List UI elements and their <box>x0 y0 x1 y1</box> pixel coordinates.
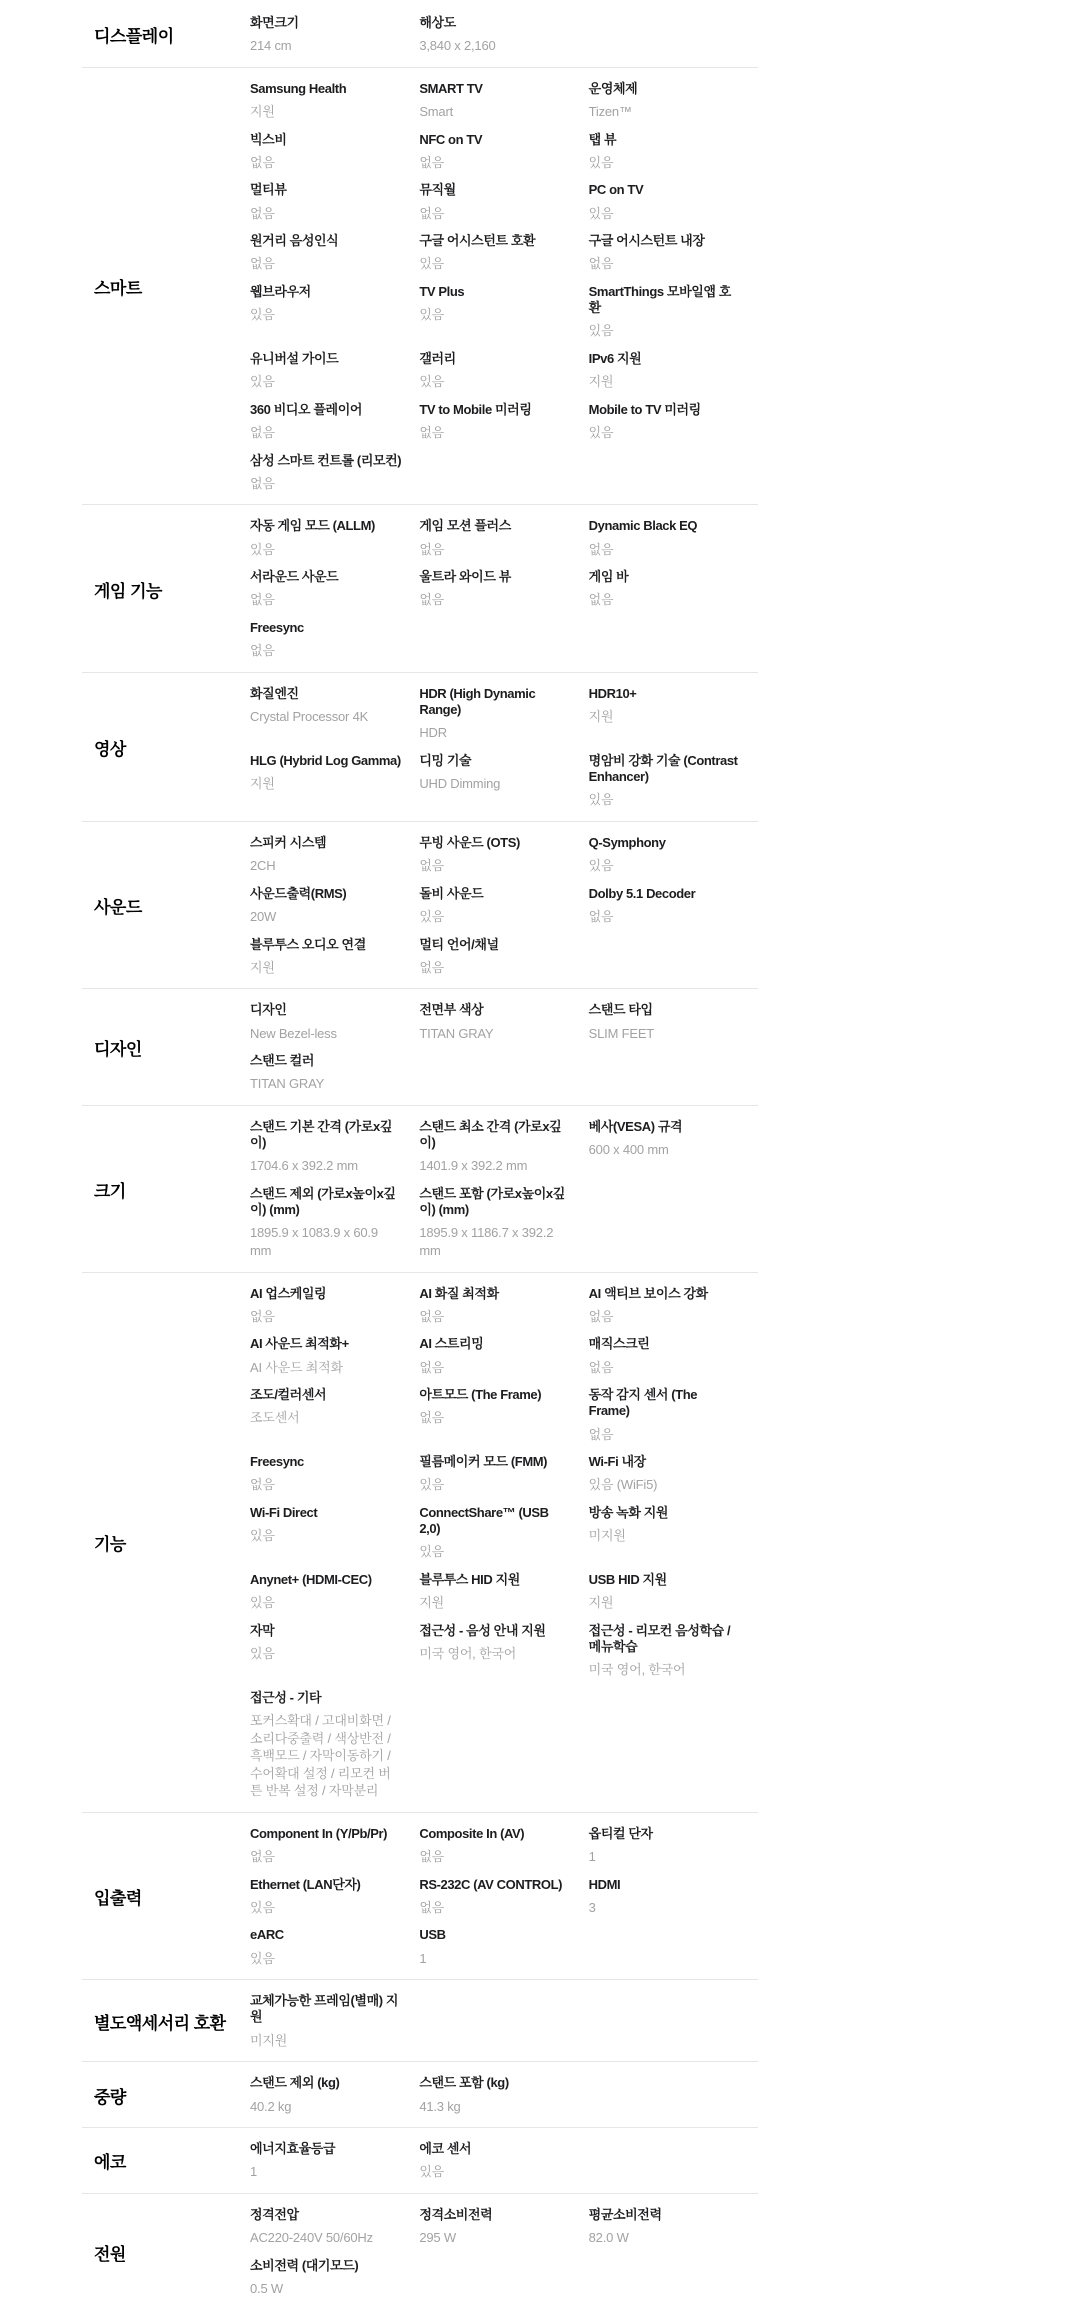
spec-item-name: 화면크기 <box>250 15 401 31</box>
spec-item-value: 있음 <box>419 373 570 391</box>
spec-item-name: 멀티 언어/채널 <box>419 937 570 953</box>
spec-item: 접근성 - 리모컨 음성학습 / 메뉴학습 미국 영어, 한국어 <box>589 1623 758 1679</box>
spec-item: 스탠드 제외 (가로x높이x깊이) (mm) 1895.9 x 1083.9 x… <box>250 1186 419 1260</box>
spec-item-name: NFC on TV <box>419 132 570 148</box>
spec-item-name: HDR (High Dynamic Range) <box>419 686 570 719</box>
spec-item: Freesync 없음 <box>250 620 419 660</box>
spec-item-name: 화질엔진 <box>250 686 401 702</box>
spec-item-name: 동작 감지 센서 (The Frame) <box>589 1387 740 1420</box>
spec-item-value: 있음 <box>419 908 570 926</box>
spec-item-name: 명암비 강화 기술 (Contrast Enhancer) <box>589 753 740 786</box>
spec-item: TV Plus 있음 <box>419 284 588 340</box>
spec-item-name: ConnectShare™ (USB 2,0) <box>419 1505 570 1538</box>
section-items: 화면크기 214 cm 해상도 3,840 x 2,160 <box>250 15 758 55</box>
spec-item-name: AI 화질 최적화 <box>419 1286 570 1302</box>
spec-item-value: Smart <box>419 103 570 121</box>
spec-item: AI 업스케일링 없음 <box>250 1286 419 1326</box>
spec-item: 평균소비전력 82.0 W <box>589 2207 758 2247</box>
spec-item-value: 없음 <box>589 541 740 559</box>
spec-item: 전면부 색상 TITAN GRAY <box>419 1002 588 1042</box>
spec-item-name: HDR10+ <box>589 686 740 702</box>
spec-item-name: Freesync <box>250 1454 401 1470</box>
spec-item-value: 미국 영어, 한국어 <box>419 1645 570 1663</box>
spec-item-value: 1895.9 x 1083.9 x 60.9 mm <box>250 1224 401 1259</box>
section-title: 디스플레이 <box>82 15 250 55</box>
spec-item-value: 없음 <box>419 205 570 223</box>
spec-table: 디스플레이 화면크기 214 cm 해상도 3,840 x 2,160 스마트 … <box>82 0 758 2309</box>
spec-item: 스피커 시스템 2CH <box>250 835 419 875</box>
spec-item-name: 전면부 색상 <box>419 1002 570 1018</box>
spec-item: 유니버설 가이드 있음 <box>250 351 419 391</box>
spec-item: 옵티컬 단자 1 <box>589 1826 758 1866</box>
section-title: 기능 <box>82 1286 250 1800</box>
spec-item: 360 비디오 플레이어 없음 <box>250 402 419 442</box>
spec-item-value: TITAN GRAY <box>419 1025 570 1043</box>
spec-item: HDMI 3 <box>589 1877 758 1917</box>
spec-item: 게임 모션 플러스 없음 <box>419 518 588 558</box>
spec-item-name: 매직스크린 <box>589 1336 740 1352</box>
spec-item-value: 1401.9 x 392.2 mm <box>419 1157 570 1175</box>
spec-item-name: 뮤직월 <box>419 182 570 198</box>
spec-item-name: eARC <box>250 1927 401 1943</box>
section-title: 입출력 <box>82 1826 250 1967</box>
spec-item-value: 있음 <box>250 373 401 391</box>
spec-item: 자막 있음 <box>250 1623 419 1679</box>
spec-item-name: Ethernet (LAN단자) <box>250 1877 401 1893</box>
spec-item-value: 있음 <box>250 1899 401 1917</box>
spec-item-value: 없음 <box>589 1359 740 1377</box>
spec-item-name: 옵티컬 단자 <box>589 1826 740 1842</box>
spec-item-value: 조도센서 <box>250 1409 401 1427</box>
spec-item: 조도/컬러센서 조도센서 <box>250 1387 419 1443</box>
spec-item-value: 없음 <box>419 1359 570 1377</box>
spec-section: 중량 스탠드 제외 (kg) 40.2 kg 스탠드 포함 (kg) 41.3 … <box>82 2061 758 2127</box>
spec-item-value: 없음 <box>419 591 570 609</box>
spec-item: 정격소비전력 295 W <box>419 2207 588 2247</box>
section-items: 스탠드 제외 (kg) 40.2 kg 스탠드 포함 (kg) 41.3 kg <box>250 2075 758 2115</box>
spec-item: 무빙 사운드 (OTS) 없음 <box>419 835 588 875</box>
spec-item-name: 스탠드 타입 <box>589 1002 740 1018</box>
section-title: 사운드 <box>82 835 250 976</box>
spec-item-name: 디자인 <box>250 1002 401 1018</box>
spec-item-name: 스피커 시스템 <box>250 835 401 851</box>
spec-item: 정격전압 AC220-240V 50/60Hz <box>250 2207 419 2247</box>
spec-item-name: 게임 바 <box>589 569 740 585</box>
spec-item: Q-Symphony 있음 <box>589 835 758 875</box>
spec-item-value: 없음 <box>589 255 740 273</box>
spec-item-value: AC220-240V 50/60Hz <box>250 2229 401 2247</box>
spec-item-value: 40.2 kg <box>250 2098 401 2116</box>
spec-item: 게임 바 없음 <box>589 569 758 609</box>
section-items: Samsung Health 지원 SMART TV Smart 운영체제 Ti… <box>250 81 758 493</box>
spec-item-value: 있음 <box>419 2163 570 2181</box>
section-title: 영상 <box>82 686 250 809</box>
spec-item-value: 3 <box>589 1899 740 1917</box>
spec-item-value: 3,840 x 2,160 <box>419 37 570 55</box>
spec-item: 동작 감지 센서 (The Frame) 없음 <box>589 1387 758 1443</box>
spec-item: AI 화질 최적화 없음 <box>419 1286 588 1326</box>
spec-item-name: 베사(VESA) 규격 <box>589 1119 740 1135</box>
spec-item-value: 41.3 kg <box>419 2098 570 2116</box>
spec-item-name: 해상도 <box>419 15 570 31</box>
spec-item-name: 에코 센서 <box>419 2141 570 2157</box>
spec-item-name: 게임 모션 플러스 <box>419 518 570 534</box>
spec-item-name: IPv6 지원 <box>589 351 740 367</box>
spec-item-value: 없음 <box>419 1848 570 1866</box>
spec-item: 베사(VESA) 규격 600 x 400 mm <box>589 1119 758 1175</box>
spec-item: 블루투스 HID 지원 지원 <box>419 1572 588 1612</box>
spec-item: Dolby 5.1 Decoder 없음 <box>589 886 758 926</box>
spec-item: 에코 센서 있음 <box>419 2141 588 2181</box>
section-title: 크기 <box>82 1119 250 1260</box>
section-items: 화질엔진 Crystal Processor 4K HDR (High Dyna… <box>250 686 758 809</box>
spec-section: 기능 AI 업스케일링 없음 AI 화질 최적화 없음 AI 액티브 보이스 강… <box>82 1272 758 1812</box>
spec-item-name: 스탠드 최소 간격 (가로x깊이) <box>419 1119 570 1152</box>
spec-item-value: 포커스확대 / 고대비화면 / 소리다중출력 / 색상반전 / 흑백모드 / 자… <box>250 1712 401 1800</box>
spec-item: 스탠드 타입 SLIM FEET <box>589 1002 758 1042</box>
spec-item-name: Samsung Health <box>250 81 401 97</box>
spec-item-value: 있음 <box>589 154 740 172</box>
spec-item-name: AI 사운드 최적화+ <box>250 1336 401 1352</box>
spec-item-value: 1 <box>419 1950 570 1968</box>
spec-item-value: 없음 <box>419 1899 570 1917</box>
spec-section: 입출력 Component In (Y/Pb/Pr) 없음 Composite … <box>82 1812 758 1979</box>
spec-section: 크기 스탠드 기본 간격 (가로x깊이) 1704.6 x 392.2 mm 스… <box>82 1105 758 1272</box>
spec-item-value: 있음 <box>419 255 570 273</box>
spec-item: 돌비 사운드 있음 <box>419 886 588 926</box>
spec-item-value: 있음 <box>250 306 401 324</box>
spec-item-value: Crystal Processor 4K <box>250 708 401 726</box>
spec-item: 서라운드 사운드 없음 <box>250 569 419 609</box>
spec-item-name: SmartThings 모바일앱 호환 <box>589 284 740 317</box>
spec-item-name: 갤러리 <box>419 351 570 367</box>
spec-section: 별도액세서리 호환 교체가능한 프레임(별매) 지원 미지원 <box>82 1979 758 2061</box>
spec-item-name: PC on TV <box>589 182 740 198</box>
spec-item-name: Wi-Fi 내장 <box>589 1454 740 1470</box>
spec-item: 뮤직월 없음 <box>419 182 588 222</box>
spec-item-name: 접근성 - 기타 <box>250 1690 401 1706</box>
spec-item-name: Mobile to TV 미러링 <box>589 402 740 418</box>
spec-item-value: 2CH <box>250 857 401 875</box>
spec-section: 게임 기능 자동 게임 모드 (ALLM) 있음 게임 모션 플러스 없음 Dy… <box>82 504 758 671</box>
spec-item: 해상도 3,840 x 2,160 <box>419 15 588 55</box>
spec-item-name: 에너지효율등급 <box>250 2141 401 2157</box>
spec-item-value: 미국 영어, 한국어 <box>589 1661 740 1679</box>
spec-item: 원거리 음성인식 없음 <box>250 233 419 273</box>
spec-item: 스탠드 컬러 TITAN GRAY <box>250 1053 419 1093</box>
spec-item-name: USB HID 지원 <box>589 1572 740 1588</box>
spec-item-value: 없음 <box>250 642 401 660</box>
spec-item-value: 있음 <box>250 1645 401 1663</box>
spec-item-name: AI 업스케일링 <box>250 1286 401 1302</box>
spec-item-name: 무빙 사운드 (OTS) <box>419 835 570 851</box>
section-items: 스피커 시스템 2CH 무빙 사운드 (OTS) 없음 Q-Symphony 있… <box>250 835 758 976</box>
spec-item-value: Tizen™ <box>589 103 740 121</box>
spec-section: 영상 화질엔진 Crystal Processor 4K HDR (High D… <box>82 672 758 821</box>
spec-item: SMART TV Smart <box>419 81 588 121</box>
spec-item-name: 운영체제 <box>589 81 740 97</box>
spec-item-name: 필름메이커 모드 (FMM) <box>419 1454 570 1470</box>
spec-item-value: 없음 <box>589 1426 740 1444</box>
spec-item: HDR (High Dynamic Range) HDR <box>419 686 588 742</box>
spec-item-value: 없음 <box>419 154 570 172</box>
spec-item-value: 있음 <box>589 791 740 809</box>
section-title: 중량 <box>82 2075 250 2115</box>
spec-item-value: 지원 <box>419 1594 570 1612</box>
spec-item: TV to Mobile 미러링 없음 <box>419 402 588 442</box>
section-items: 정격전압 AC220-240V 50/60Hz 정격소비전력 295 W 평균소… <box>250 2207 758 2298</box>
spec-item-name: HDMI <box>589 1877 740 1893</box>
spec-item: 웹브라우저 있음 <box>250 284 419 340</box>
spec-item-name: 웹브라우저 <box>250 284 401 300</box>
section-title: 스마트 <box>82 81 250 493</box>
spec-item-value: 없음 <box>250 591 401 609</box>
spec-item-value: 지원 <box>250 959 401 977</box>
spec-item-value: 1704.6 x 392.2 mm <box>250 1157 401 1175</box>
spec-section: 에코 에너지효율등급 1 에코 센서 있음 <box>82 2127 758 2193</box>
spec-item-value: 없음 <box>250 205 401 223</box>
spec-item-value: 있음 <box>419 1543 570 1561</box>
spec-item: IPv6 지원 지원 <box>589 351 758 391</box>
spec-section: 스마트 Samsung Health 지원 SMART TV Smart 운영체… <box>82 67 758 505</box>
spec-item-value: 없음 <box>419 857 570 875</box>
spec-section: 디스플레이 화면크기 214 cm 해상도 3,840 x 2,160 <box>82 2 758 67</box>
spec-item-value: 없음 <box>419 959 570 977</box>
spec-item-value: 지원 <box>250 103 401 121</box>
spec-item-value: 없음 <box>589 908 740 926</box>
spec-item-name: 정격소비전력 <box>419 2207 570 2223</box>
spec-item-value: 있음 <box>589 424 740 442</box>
section-items: 자동 게임 모드 (ALLM) 있음 게임 모션 플러스 없음 Dynamic … <box>250 518 758 659</box>
spec-item: eARC 있음 <box>250 1927 419 1967</box>
section-title: 별도액세서리 호환 <box>82 1993 250 2049</box>
spec-item-value: 295 W <box>419 2229 570 2247</box>
spec-item: 명암비 강화 기술 (Contrast Enhancer) 있음 <box>589 753 758 809</box>
spec-item-name: Q-Symphony <box>589 835 740 851</box>
spec-item: 필름메이커 모드 (FMM) 있음 <box>419 1454 588 1494</box>
spec-section: 전원 정격전압 AC220-240V 50/60Hz 정격소비전력 295 W … <box>82 2193 758 2309</box>
spec-item-value: 있음 <box>419 1476 570 1494</box>
spec-item: 방송 녹화 지원 미지원 <box>589 1505 758 1561</box>
spec-item: USB 1 <box>419 1927 588 1967</box>
spec-item-value: 없음 <box>419 424 570 442</box>
spec-item: AI 액티브 보이스 강화 없음 <box>589 1286 758 1326</box>
spec-item-value: 없음 <box>419 1308 570 1326</box>
spec-item: Wi-Fi 내장 있음 (WiFi5) <box>589 1454 758 1494</box>
spec-item: 스탠드 포함 (kg) 41.3 kg <box>419 2075 588 2115</box>
spec-item-value: UHD Dimming <box>419 775 570 793</box>
spec-item-value: 1895.9 x 1186.7 x 392.2 mm <box>419 1224 570 1259</box>
spec-item-name: 서라운드 사운드 <box>250 569 401 585</box>
spec-item: 소비전력 (대기모드) 0.5 W <box>250 2258 419 2298</box>
spec-item: ConnectShare™ (USB 2,0) 있음 <box>419 1505 588 1561</box>
spec-item-value: SLIM FEET <box>589 1025 740 1043</box>
spec-item: 삼성 스마트 컨트롤 (리모컨) 없음 <box>250 453 419 493</box>
spec-item-value: 1 <box>250 2163 401 2181</box>
spec-item-name: Dynamic Black EQ <box>589 518 740 534</box>
spec-item: 구글 어시스턴트 호환 있음 <box>419 233 588 273</box>
spec-item-name: Wi-Fi Direct <box>250 1505 401 1521</box>
spec-item-name: 조도/컬러센서 <box>250 1387 401 1403</box>
spec-item-value: 0.5 W <box>250 2280 401 2298</box>
spec-item-name: Anynet+ (HDMI-CEC) <box>250 1572 401 1588</box>
spec-item-name: 구글 어시스턴트 호환 <box>419 233 570 249</box>
spec-item-name: AI 액티브 보이스 강화 <box>589 1286 740 1302</box>
spec-item: 멀티뷰 없음 <box>250 182 419 222</box>
spec-item: Samsung Health 지원 <box>250 81 419 121</box>
spec-item: Composite In (AV) 없음 <box>419 1826 588 1866</box>
spec-item-name: HLG (Hybrid Log Gamma) <box>250 753 401 769</box>
spec-item-name: 스탠드 기본 간격 (가로x깊이) <box>250 1119 401 1152</box>
spec-item-value: 82.0 W <box>589 2229 740 2247</box>
spec-item-name: 자막 <box>250 1623 401 1639</box>
spec-item-value: 지원 <box>589 708 740 726</box>
spec-item-value: 있음 <box>589 322 740 340</box>
section-items: Component In (Y/Pb/Pr) 없음 Composite In (… <box>250 1826 758 1967</box>
spec-item-name: Dolby 5.1 Decoder <box>589 886 740 902</box>
spec-item: AI 스트리밍 없음 <box>419 1336 588 1376</box>
spec-item-name: TV to Mobile 미러링 <box>419 402 570 418</box>
spec-item: 교체가능한 프레임(별매) 지원 미지원 <box>250 1993 419 2049</box>
section-items: 스탠드 기본 간격 (가로x깊이) 1704.6 x 392.2 mm 스탠드 … <box>250 1119 758 1260</box>
spec-item-value: 있음 <box>589 857 740 875</box>
spec-item-value: 있음 <box>419 306 570 324</box>
spec-item-name: 아트모드 (The Frame) <box>419 1387 570 1403</box>
section-items: 교체가능한 프레임(별매) 지원 미지원 <box>250 1993 758 2049</box>
spec-item: Freesync 없음 <box>250 1454 419 1494</box>
spec-item: 멀티 언어/채널 없음 <box>419 937 588 977</box>
spec-item: SmartThings 모바일앱 호환 있음 <box>589 284 758 340</box>
spec-item: 디밍 기술 UHD Dimming <box>419 753 588 809</box>
spec-item: 갤러리 있음 <box>419 351 588 391</box>
spec-item-value: 있음 <box>250 1594 401 1612</box>
spec-item: 운영체제 Tizen™ <box>589 81 758 121</box>
spec-item-name: 블루투스 HID 지원 <box>419 1572 570 1588</box>
spec-item-value: 1 <box>589 1848 740 1866</box>
section-title: 디자인 <box>82 1002 250 1093</box>
spec-item-value: 없음 <box>250 1308 401 1326</box>
spec-item-name: 돌비 사운드 <box>419 886 570 902</box>
spec-item-value: 없음 <box>250 475 401 493</box>
section-items: 에너지효율등급 1 에코 센서 있음 <box>250 2141 758 2181</box>
spec-item-name: AI 스트리밍 <box>419 1336 570 1352</box>
spec-item-value: 없음 <box>250 1476 401 1494</box>
spec-item-name: 울트라 와이드 뷰 <box>419 569 570 585</box>
spec-item-value: 없음 <box>250 154 401 172</box>
spec-item: Mobile to TV 미러링 있음 <box>589 402 758 442</box>
spec-item-name: 접근성 - 리모컨 음성학습 / 메뉴학습 <box>589 1623 740 1656</box>
spec-item: AI 사운드 최적화+ AI 사운드 최적화 <box>250 1336 419 1376</box>
spec-item-value: 없음 <box>419 1409 570 1427</box>
spec-item-value: 20W <box>250 908 401 926</box>
spec-item-value: 있음 (WiFi5) <box>589 1476 740 1494</box>
spec-item: 블루투스 오디오 연결 지원 <box>250 937 419 977</box>
spec-item-value: HDR <box>419 724 570 742</box>
spec-item: USB HID 지원 지원 <box>589 1572 758 1612</box>
spec-item-value: 214 cm <box>250 37 401 55</box>
spec-item: 스탠드 최소 간격 (가로x깊이) 1401.9 x 392.2 mm <box>419 1119 588 1175</box>
spec-item-value: New Bezel-less <box>250 1025 401 1043</box>
spec-item: Dynamic Black EQ 없음 <box>589 518 758 558</box>
section-title: 전원 <box>82 2207 250 2298</box>
spec-item-name: 유니버설 가이드 <box>250 351 401 367</box>
spec-item-name: 정격전압 <box>250 2207 401 2223</box>
spec-item-value: 없음 <box>589 591 740 609</box>
spec-item: Component In (Y/Pb/Pr) 없음 <box>250 1826 419 1866</box>
spec-item-value: 없음 <box>589 1308 740 1326</box>
section-title: 게임 기능 <box>82 518 250 659</box>
spec-item-name: 탭 뷰 <box>589 132 740 148</box>
spec-item: Wi-Fi Direct 있음 <box>250 1505 419 1561</box>
spec-item-name: 구글 어시스턴트 내장 <box>589 233 740 249</box>
spec-item-name: USB <box>419 1927 570 1943</box>
spec-item: 사운드출력(RMS) 20W <box>250 886 419 926</box>
spec-item: 빅스비 없음 <box>250 132 419 172</box>
spec-item-value: 미지원 <box>250 2032 401 2050</box>
spec-item-value: 있음 <box>589 205 740 223</box>
spec-item: 스탠드 기본 간격 (가로x깊이) 1704.6 x 392.2 mm <box>250 1119 419 1175</box>
spec-item-value: 있음 <box>250 1950 401 1968</box>
spec-item-name: 방송 녹화 지원 <box>589 1505 740 1521</box>
spec-item: 자동 게임 모드 (ALLM) 있음 <box>250 518 419 558</box>
spec-item-value: 지원 <box>589 1594 740 1612</box>
spec-item: 화질엔진 Crystal Processor 4K <box>250 686 419 742</box>
spec-item-name: Component In (Y/Pb/Pr) <box>250 1826 401 1842</box>
spec-item-value: 있음 <box>250 541 401 559</box>
spec-item-value: 지원 <box>250 775 401 793</box>
spec-item-name: 삼성 스마트 컨트롤 (리모컨) <box>250 453 401 469</box>
spec-item: PC on TV 있음 <box>589 182 758 222</box>
spec-item-name: 사운드출력(RMS) <box>250 886 401 902</box>
spec-item: Anynet+ (HDMI-CEC) 있음 <box>250 1572 419 1612</box>
spec-item: 디자인 New Bezel-less <box>250 1002 419 1042</box>
spec-item-name: 접근성 - 음성 안내 지원 <box>419 1623 570 1639</box>
spec-item: NFC on TV 없음 <box>419 132 588 172</box>
spec-item: 에너지효율등급 1 <box>250 2141 419 2181</box>
spec-item: 화면크기 214 cm <box>250 15 419 55</box>
spec-item-name: 스탠드 포함 (kg) <box>419 2075 570 2091</box>
spec-item: 접근성 - 기타 포커스확대 / 고대비화면 / 소리다중출력 / 색상반전 /… <box>250 1690 419 1800</box>
spec-item: 탭 뷰 있음 <box>589 132 758 172</box>
spec-item: HLG (Hybrid Log Gamma) 지원 <box>250 753 419 809</box>
spec-item-name: RS-232C (AV CONTROL) <box>419 1877 570 1893</box>
spec-item-name: 멀티뷰 <box>250 182 401 198</box>
spec-item: Ethernet (LAN단자) 있음 <box>250 1877 419 1917</box>
spec-item: 아트모드 (The Frame) 없음 <box>419 1387 588 1443</box>
spec-item-value: 있음 <box>250 1527 401 1545</box>
spec-item-name: 스탠드 컬러 <box>250 1053 401 1069</box>
spec-item-name: 소비전력 (대기모드) <box>250 2258 401 2274</box>
spec-item: 스탠드 포함 (가로x높이x깊이) (mm) 1895.9 x 1186.7 x… <box>419 1186 588 1260</box>
section-title: 에코 <box>82 2141 250 2181</box>
spec-item-value: 지원 <box>589 373 740 391</box>
spec-item-value: TITAN GRAY <box>250 1075 401 1093</box>
spec-item-name: 블루투스 오디오 연결 <box>250 937 401 953</box>
spec-section: 사운드 스피커 시스템 2CH 무빙 사운드 (OTS) 없음 Q-Sympho… <box>82 821 758 988</box>
spec-item-value: 미지원 <box>589 1527 740 1545</box>
spec-item-name: TV Plus <box>419 284 570 300</box>
spec-item-name: 디밍 기술 <box>419 753 570 769</box>
spec-item: 구글 어시스턴트 내장 없음 <box>589 233 758 273</box>
spec-item-value: 600 x 400 mm <box>589 1141 740 1159</box>
spec-item: RS-232C (AV CONTROL) 없음 <box>419 1877 588 1917</box>
spec-item-name: 평균소비전력 <box>589 2207 740 2223</box>
spec-item-name: 스탠드 포함 (가로x높이x깊이) (mm) <box>419 1186 570 1219</box>
spec-item: HDR10+ 지원 <box>589 686 758 742</box>
spec-item-value: AI 사운드 최적화 <box>250 1359 401 1377</box>
spec-section: 디자인 디자인 New Bezel-less 전면부 색상 TITAN GRAY… <box>82 988 758 1105</box>
section-items: AI 업스케일링 없음 AI 화질 최적화 없음 AI 액티브 보이스 강화 없… <box>250 1286 758 1800</box>
